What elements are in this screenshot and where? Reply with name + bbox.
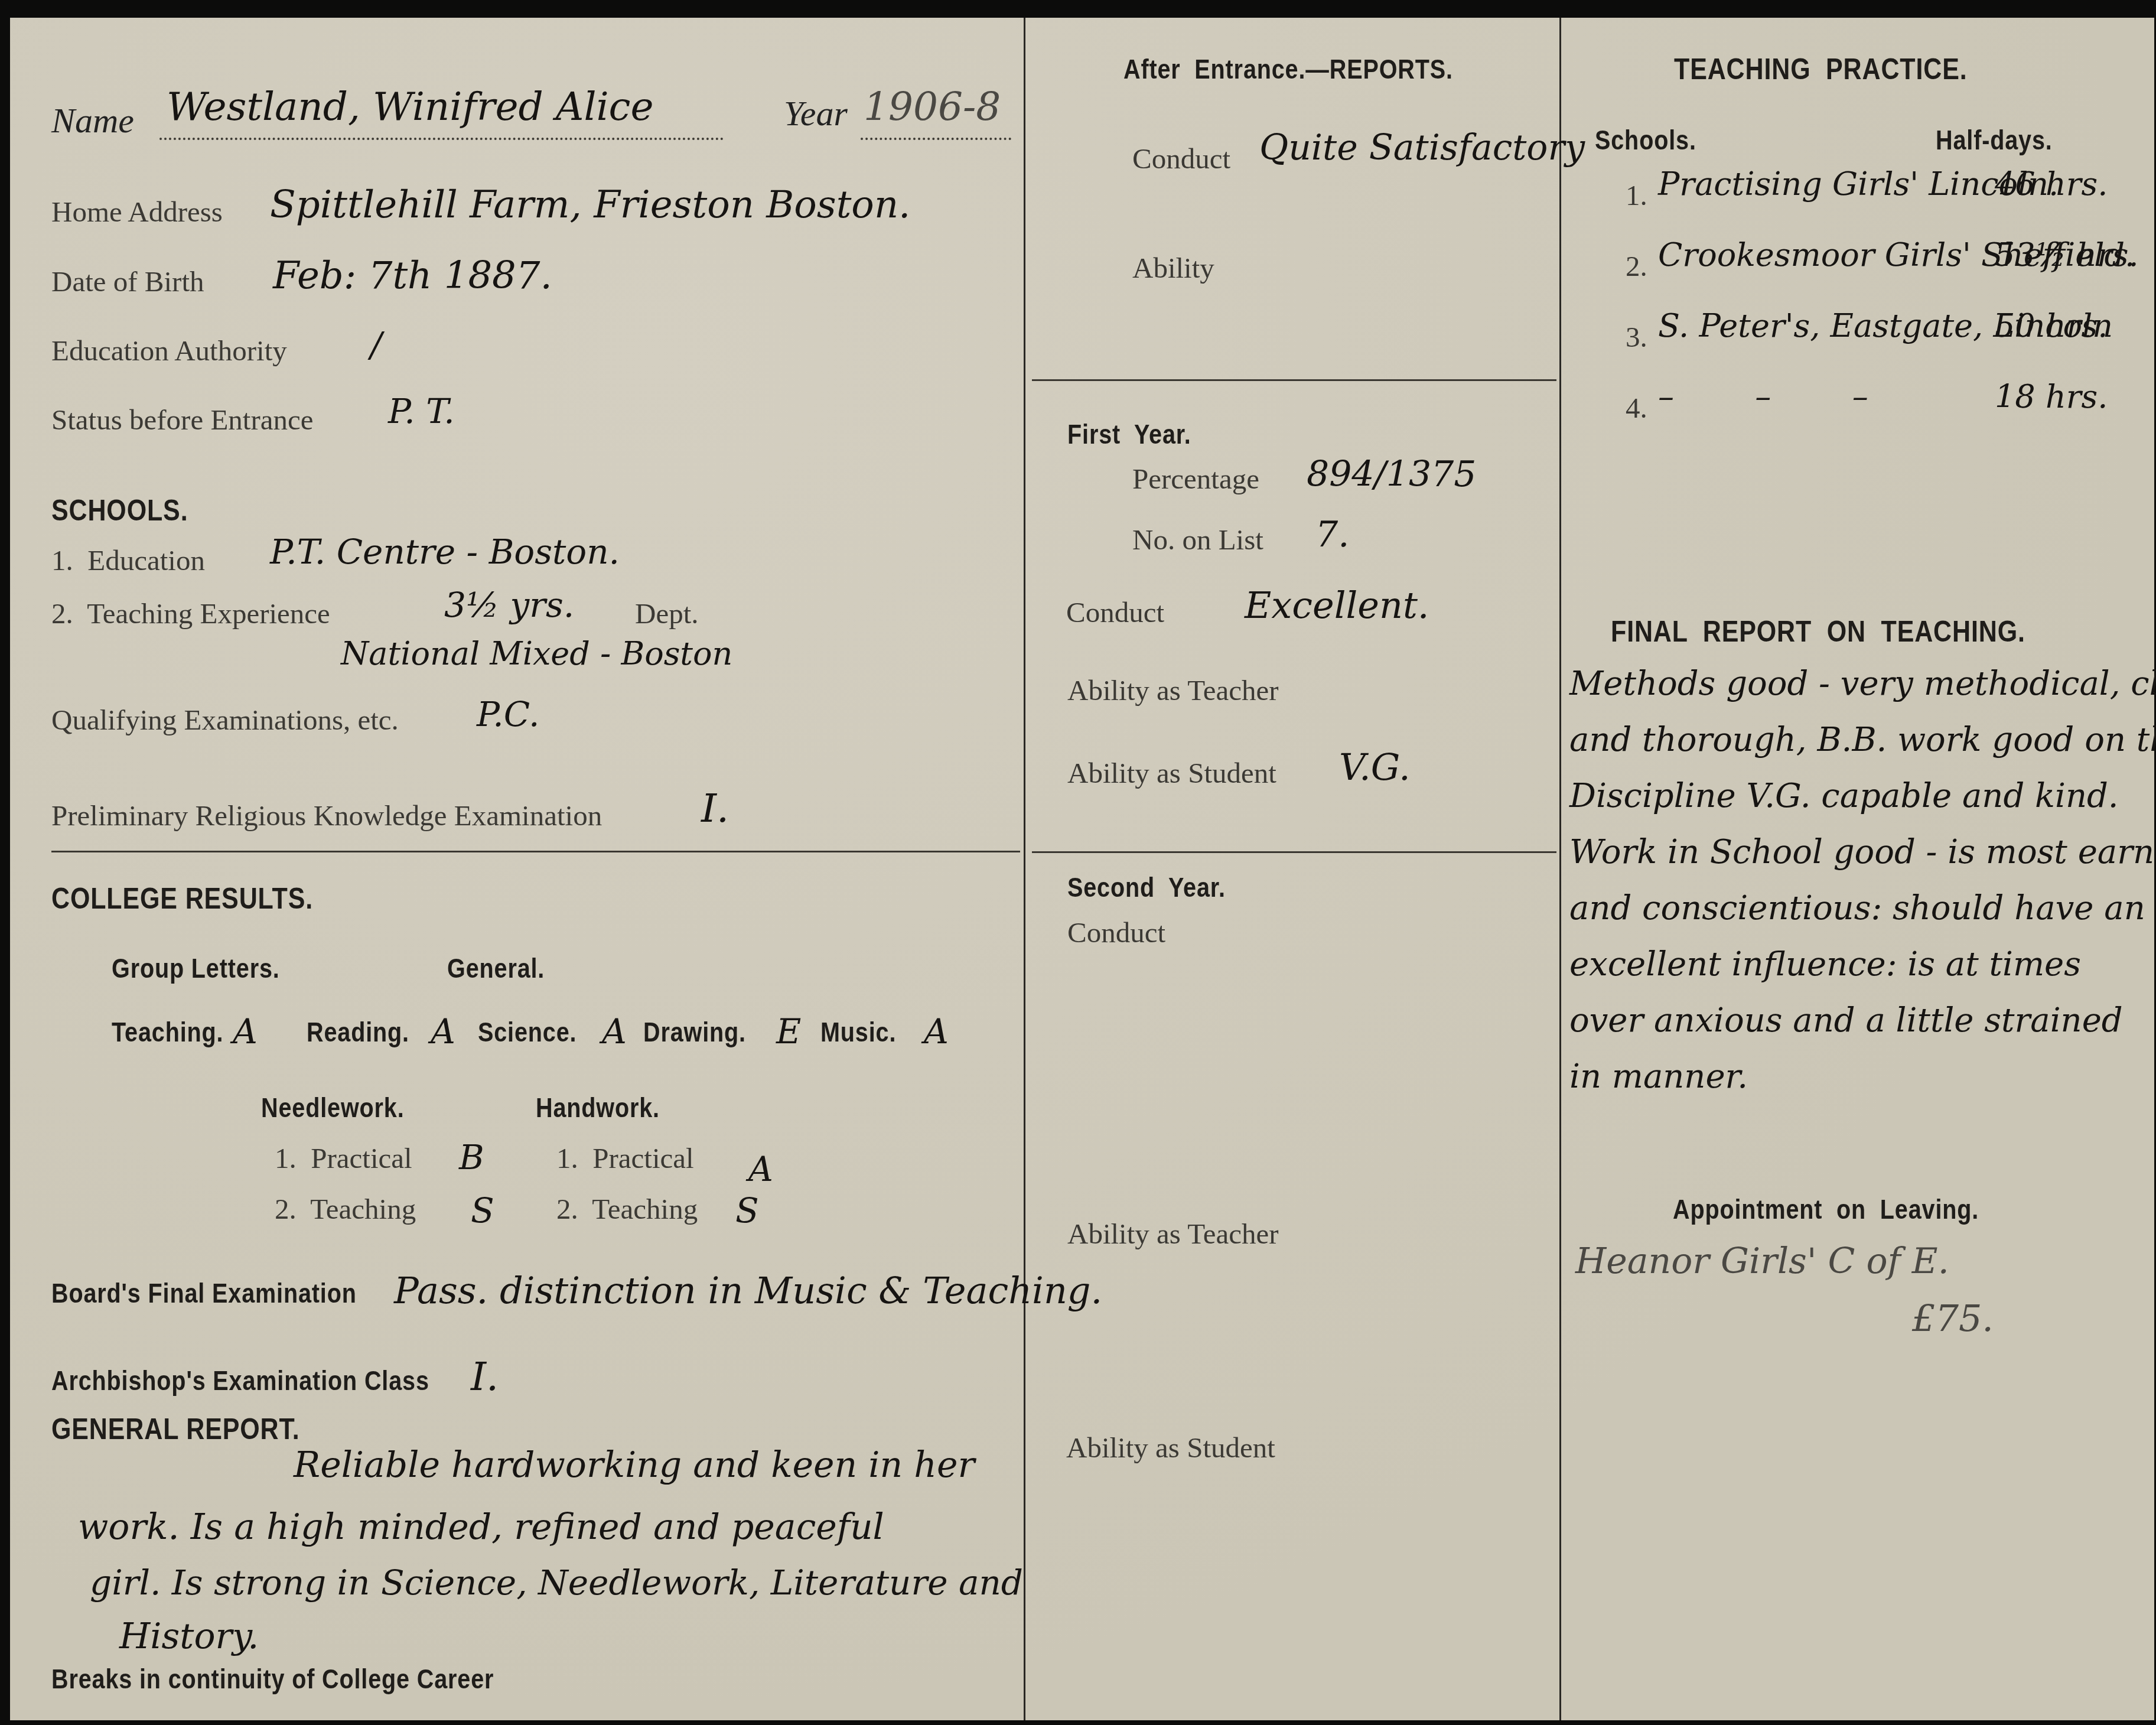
year-value: 1906-8 [864,84,1001,129]
general-report-line: girl. Is strong in Science, Needlework, … [90,1563,1023,1603]
second-year-heading: Second Year. [1067,871,1226,903]
status-value: P. T. [388,391,455,431]
general-label: General. [447,952,545,984]
final-report-line: Methods good - very methodical, clear [1569,665,2156,703]
breaks-label: Breaks in continuity of College Career [51,1663,494,1695]
second-year-student-label: Ability as Student [1066,1431,1275,1464]
section-divider-middle-1 [1032,379,1556,381]
first-year-student-value: V.G. [1339,746,1411,789]
dob-label: Date of Birth [51,265,204,298]
needlework-practical-grade: B [459,1137,484,1177]
subject-grade: E [776,1011,801,1052]
conduct-value: Quite Satisfactory [1259,127,1585,168]
needlework-practical-label: 1. Practical [275,1141,412,1175]
salary-value: £75. [1912,1297,1994,1340]
final-report-line: and thorough, B.B. work good on the whol… [1569,721,2156,759]
practice-hours: 18 hrs. [1995,378,2108,415]
college-results-heading: COLLEGE RESULTS. [51,881,313,916]
handwork-label: Handwork. [536,1092,660,1124]
practice-number: 3. [1626,320,1647,354]
needlework-label: Needlework. [261,1092,405,1124]
general-report-line: Reliable hardworking and keen in her [294,1444,975,1486]
halfdays-column-header: Half-days. [1936,124,2053,156]
practice-hours: 46 hrs. [1995,165,2108,203]
general-report-line: work. Is a high minded, refined and peac… [78,1506,884,1548]
first-year-conduct-value: Excellent. [1245,584,1429,627]
subject-label: Teaching. [112,1016,223,1048]
boards-final-label: Board's Final Examination [51,1277,357,1309]
practice-hours: 53½ hrs. [1995,236,2139,274]
practice-number: 1. [1626,178,1647,212]
percentage-value: 894/1375 [1307,454,1476,495]
section-divider-left [51,851,1020,852]
dob-value: Feb: 7th 1887. [273,254,552,298]
general-report-heading: GENERAL REPORT. [51,1412,300,1446]
subject-grade: A [924,1011,949,1052]
final-report-line: over anxious and a little strained [1569,1001,2123,1040]
qualifying-label: Qualifying Examinations, etc. [51,703,399,737]
status-label: Status before Entrance [51,403,314,437]
education-authority-label: Education Authority [51,334,287,367]
appointment-heading: Appointment on Leaving. [1673,1193,1979,1225]
group-letters-label: Group Letters. [112,952,280,984]
archbishop-label: Archbishop's Examination Class [51,1365,429,1397]
practice-hours: 50 hrs. [1995,307,2108,344]
handwork-practical-grade: A [748,1149,773,1189]
year-label: Year [784,93,848,134]
year-dotted-line [861,138,1011,140]
section-divider-middle-2 [1032,851,1556,853]
education-value: P.T. Centre - Boston. [270,532,620,572]
subject-grade: A [431,1011,455,1052]
final-report-heading: FINAL REPORT ON TEACHING. [1611,614,2025,649]
final-report-line: Discipline V.G. capable and kind. [1569,777,2119,815]
name-dotted-line [159,138,724,140]
subject-label: Science. [478,1016,577,1048]
home-address-label: Home Address [51,195,223,229]
home-address-value: Spittlehill Farm, Frieston Boston. [270,183,910,227]
reports-heading: After Entrance.—REPORTS. [1123,53,1453,85]
final-report-line: Work in School good - is most earnest [1569,833,2156,871]
archbishop-value: I. [471,1354,499,1399]
column-divider-left [1024,18,1025,1720]
percentage-label: Percentage [1132,462,1259,496]
no-on-list-label: No. on List [1132,523,1263,556]
qualifying-value: P.C. [477,694,539,734]
teaching-experience-value: 3½ yrs. [444,585,574,625]
general-report-line: History. [119,1616,259,1657]
teaching-experience-label: 2. Teaching Experience [51,597,330,630]
subject-grade: A [602,1011,627,1052]
prelim-religious-value: I. [701,786,729,831]
final-report-line: excellent influence: is at times [1569,945,2081,984]
no-on-list-value: 7. [1315,514,1349,555]
schools-heading: SCHOOLS. [51,493,188,528]
subject-label: Drawing. [643,1016,746,1048]
education-authority-value: / [370,325,382,365]
first-year-heading: First Year. [1067,418,1191,450]
ability-label: Ability [1132,251,1214,285]
practice-school: – – – [1658,378,1868,415]
subject-grade: A [233,1011,258,1052]
subject-label: Reading. [307,1016,409,1048]
record-card: Name Westland, Winifred Alice Year 1906-… [10,18,2154,1720]
needlework-teaching-label: 2. Teaching [275,1192,416,1226]
first-year-teacher-label: Ability as Teacher [1067,673,1279,707]
schools-column-header: Schools. [1595,124,1696,156]
practice-number: 4. [1626,391,1647,425]
dept-value: National Mixed - Boston [341,635,732,672]
name-value: Westland, Winifred Alice [167,84,654,129]
conduct-label: Conduct [1132,142,1230,175]
final-report-line: in manner. [1569,1057,1748,1096]
boards-final-value: Pass. distinction in Music & Teaching. [394,1269,1102,1312]
column-divider-right [1559,18,1561,1720]
second-year-conduct-label: Conduct [1067,916,1165,949]
handwork-practical-label: 1. Practical [556,1141,694,1175]
needlework-teaching-grade: S [471,1190,494,1231]
final-report-line: and conscientious: should have an [1569,889,2145,927]
dept-label: Dept. [635,597,699,630]
subject-label: Music. [820,1016,896,1048]
first-year-student-label: Ability as Student [1067,756,1276,790]
first-year-conduct-label: Conduct [1066,595,1164,629]
prelim-religious-label: Preliminary Religious Knowledge Examinat… [51,799,602,832]
name-label: Name [51,100,134,141]
education-label: 1. Education [51,543,205,577]
second-year-teacher-label: Ability as Teacher [1067,1217,1279,1251]
handwork-teaching-grade: S [735,1190,759,1231]
appointment-value: Heanor Girls' C of E. [1575,1241,1949,1282]
practice-number: 2. [1626,249,1647,283]
handwork-teaching-label: 2. Teaching [556,1192,698,1226]
teaching-practice-heading: TEACHING PRACTICE. [1674,52,1968,86]
